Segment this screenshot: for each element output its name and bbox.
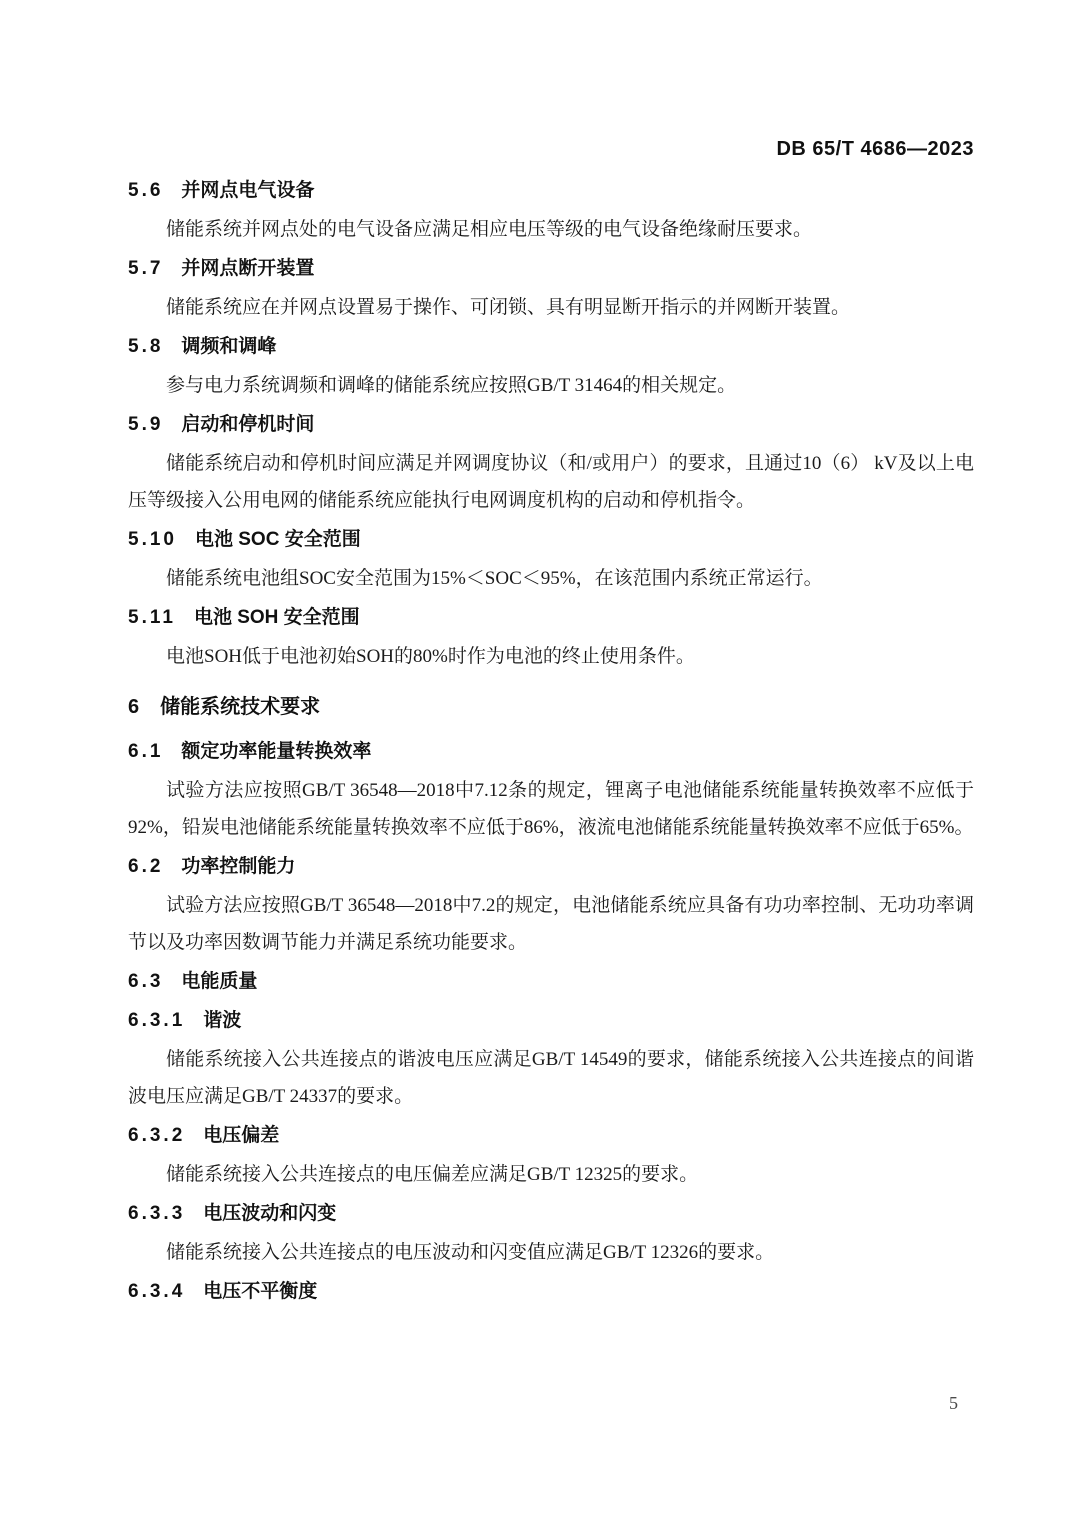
- subsection-heading-6-3-2: 6.3.2电压偏差: [128, 1117, 974, 1154]
- paragraph: 电池SOH低于电池初始SOH的80%时作为电池的终止使用条件。: [128, 638, 974, 675]
- section-number: 5.6: [128, 172, 163, 209]
- section-title: 额定功率能量转换效率: [181, 741, 371, 762]
- document-page: DB 65/T 4686—2023 5.6并网点电气设备 储能系统并网点处的电气…: [0, 0, 1080, 1528]
- paragraph: 储能系统接入公共连接点的谐波电压应满足GB/T 14549的要求，储能系统接入公…: [128, 1041, 974, 1115]
- section-heading-5-8: 5.8调频和调峰: [128, 328, 974, 365]
- subsection-number: 6.3.3: [128, 1195, 185, 1232]
- section-title: 电池 SOH 安全范围: [194, 607, 360, 628]
- subsection-title: 电压不平衡度: [203, 1281, 317, 1302]
- section-number: 6.3: [128, 963, 163, 1000]
- standard-code-header: DB 65/T 4686—2023: [128, 130, 974, 168]
- paragraph: 试验方法应按照GB/T 36548—2018中7.12条的规定，锂离子电池储能系…: [128, 772, 974, 846]
- chapter-title: 储能系统技术要求: [160, 696, 320, 718]
- section-number: 5.8: [128, 328, 163, 365]
- section-heading-5-10: 5.10电池 SOC 安全范围: [128, 521, 974, 558]
- section-number: 6.2: [128, 848, 163, 885]
- section-number: 5.11: [128, 599, 176, 636]
- paragraph: 参与电力系统调频和调峰的储能系统应按照GB/T 31464的相关规定。: [128, 367, 974, 404]
- paragraph: 试验方法应按照GB/T 36548—2018中7.2的规定，电池储能系统应具备有…: [128, 887, 974, 961]
- section-heading-6-1: 6.1额定功率能量转换效率: [128, 733, 974, 770]
- section-heading-6-2: 6.2功率控制能力: [128, 848, 974, 885]
- section-heading-5-6: 5.6并网点电气设备: [128, 172, 974, 209]
- section-number: 5.7: [128, 250, 163, 287]
- section-number: 6.1: [128, 733, 163, 770]
- section-number: 5.10: [128, 521, 177, 558]
- section-heading-5-9: 5.9启动和停机时间: [128, 406, 974, 443]
- subsection-title: 谐波: [203, 1010, 241, 1031]
- section-title: 并网点断开装置: [181, 258, 314, 279]
- paragraph: 储能系统接入公共连接点的电压偏差应满足GB/T 12325的要求。: [128, 1156, 974, 1193]
- chapter-heading-6: 6储能系统技术要求: [128, 689, 974, 726]
- section-title: 功率控制能力: [181, 856, 295, 877]
- subsection-number: 6.3.1: [128, 1002, 185, 1039]
- section-heading-6-3: 6.3电能质量: [128, 963, 974, 1000]
- subsection-heading-6-3-1: 6.3.1谐波: [128, 1002, 974, 1039]
- section-title: 电池 SOC 安全范围: [195, 529, 361, 550]
- chapter-number: 6: [128, 689, 142, 726]
- subsection-number: 6.3.4: [128, 1273, 185, 1310]
- paragraph: 储能系统应在并网点设置易于操作、可闭锁、具有明显断开指示的并网断开装置。: [128, 289, 974, 326]
- section-title: 启动和停机时间: [181, 414, 314, 435]
- section-title: 电能质量: [181, 971, 257, 992]
- section-number: 5.9: [128, 406, 163, 443]
- subsection-heading-6-3-4: 6.3.4电压不平衡度: [128, 1273, 974, 1310]
- subsection-title: 电压偏差: [203, 1125, 279, 1146]
- paragraph: 储能系统并网点处的电气设备应满足相应电压等级的电气设备绝缘耐压要求。: [128, 211, 974, 248]
- page-number: 5: [949, 1393, 958, 1414]
- section-heading-5-11: 5.11电池 SOH 安全范围: [128, 599, 974, 636]
- paragraph: 储能系统接入公共连接点的电压波动和闪变值应满足GB/T 12326的要求。: [128, 1234, 974, 1271]
- paragraph: 储能系统电池组SOC安全范围为15%＜SOC＜95%，在该范围内系统正常运行。: [128, 560, 974, 597]
- section-heading-5-7: 5.7并网点断开装置: [128, 250, 974, 287]
- section-title: 并网点电气设备: [181, 180, 314, 201]
- subsection-title: 电压波动和闪变: [203, 1203, 336, 1224]
- section-title: 调频和调峰: [181, 336, 276, 357]
- subsection-number: 6.3.2: [128, 1117, 185, 1154]
- subsection-heading-6-3-3: 6.3.3电压波动和闪变: [128, 1195, 974, 1232]
- paragraph: 储能系统启动和停机时间应满足并网调度协议（和/或用户）的要求，且通过10（6） …: [128, 445, 974, 519]
